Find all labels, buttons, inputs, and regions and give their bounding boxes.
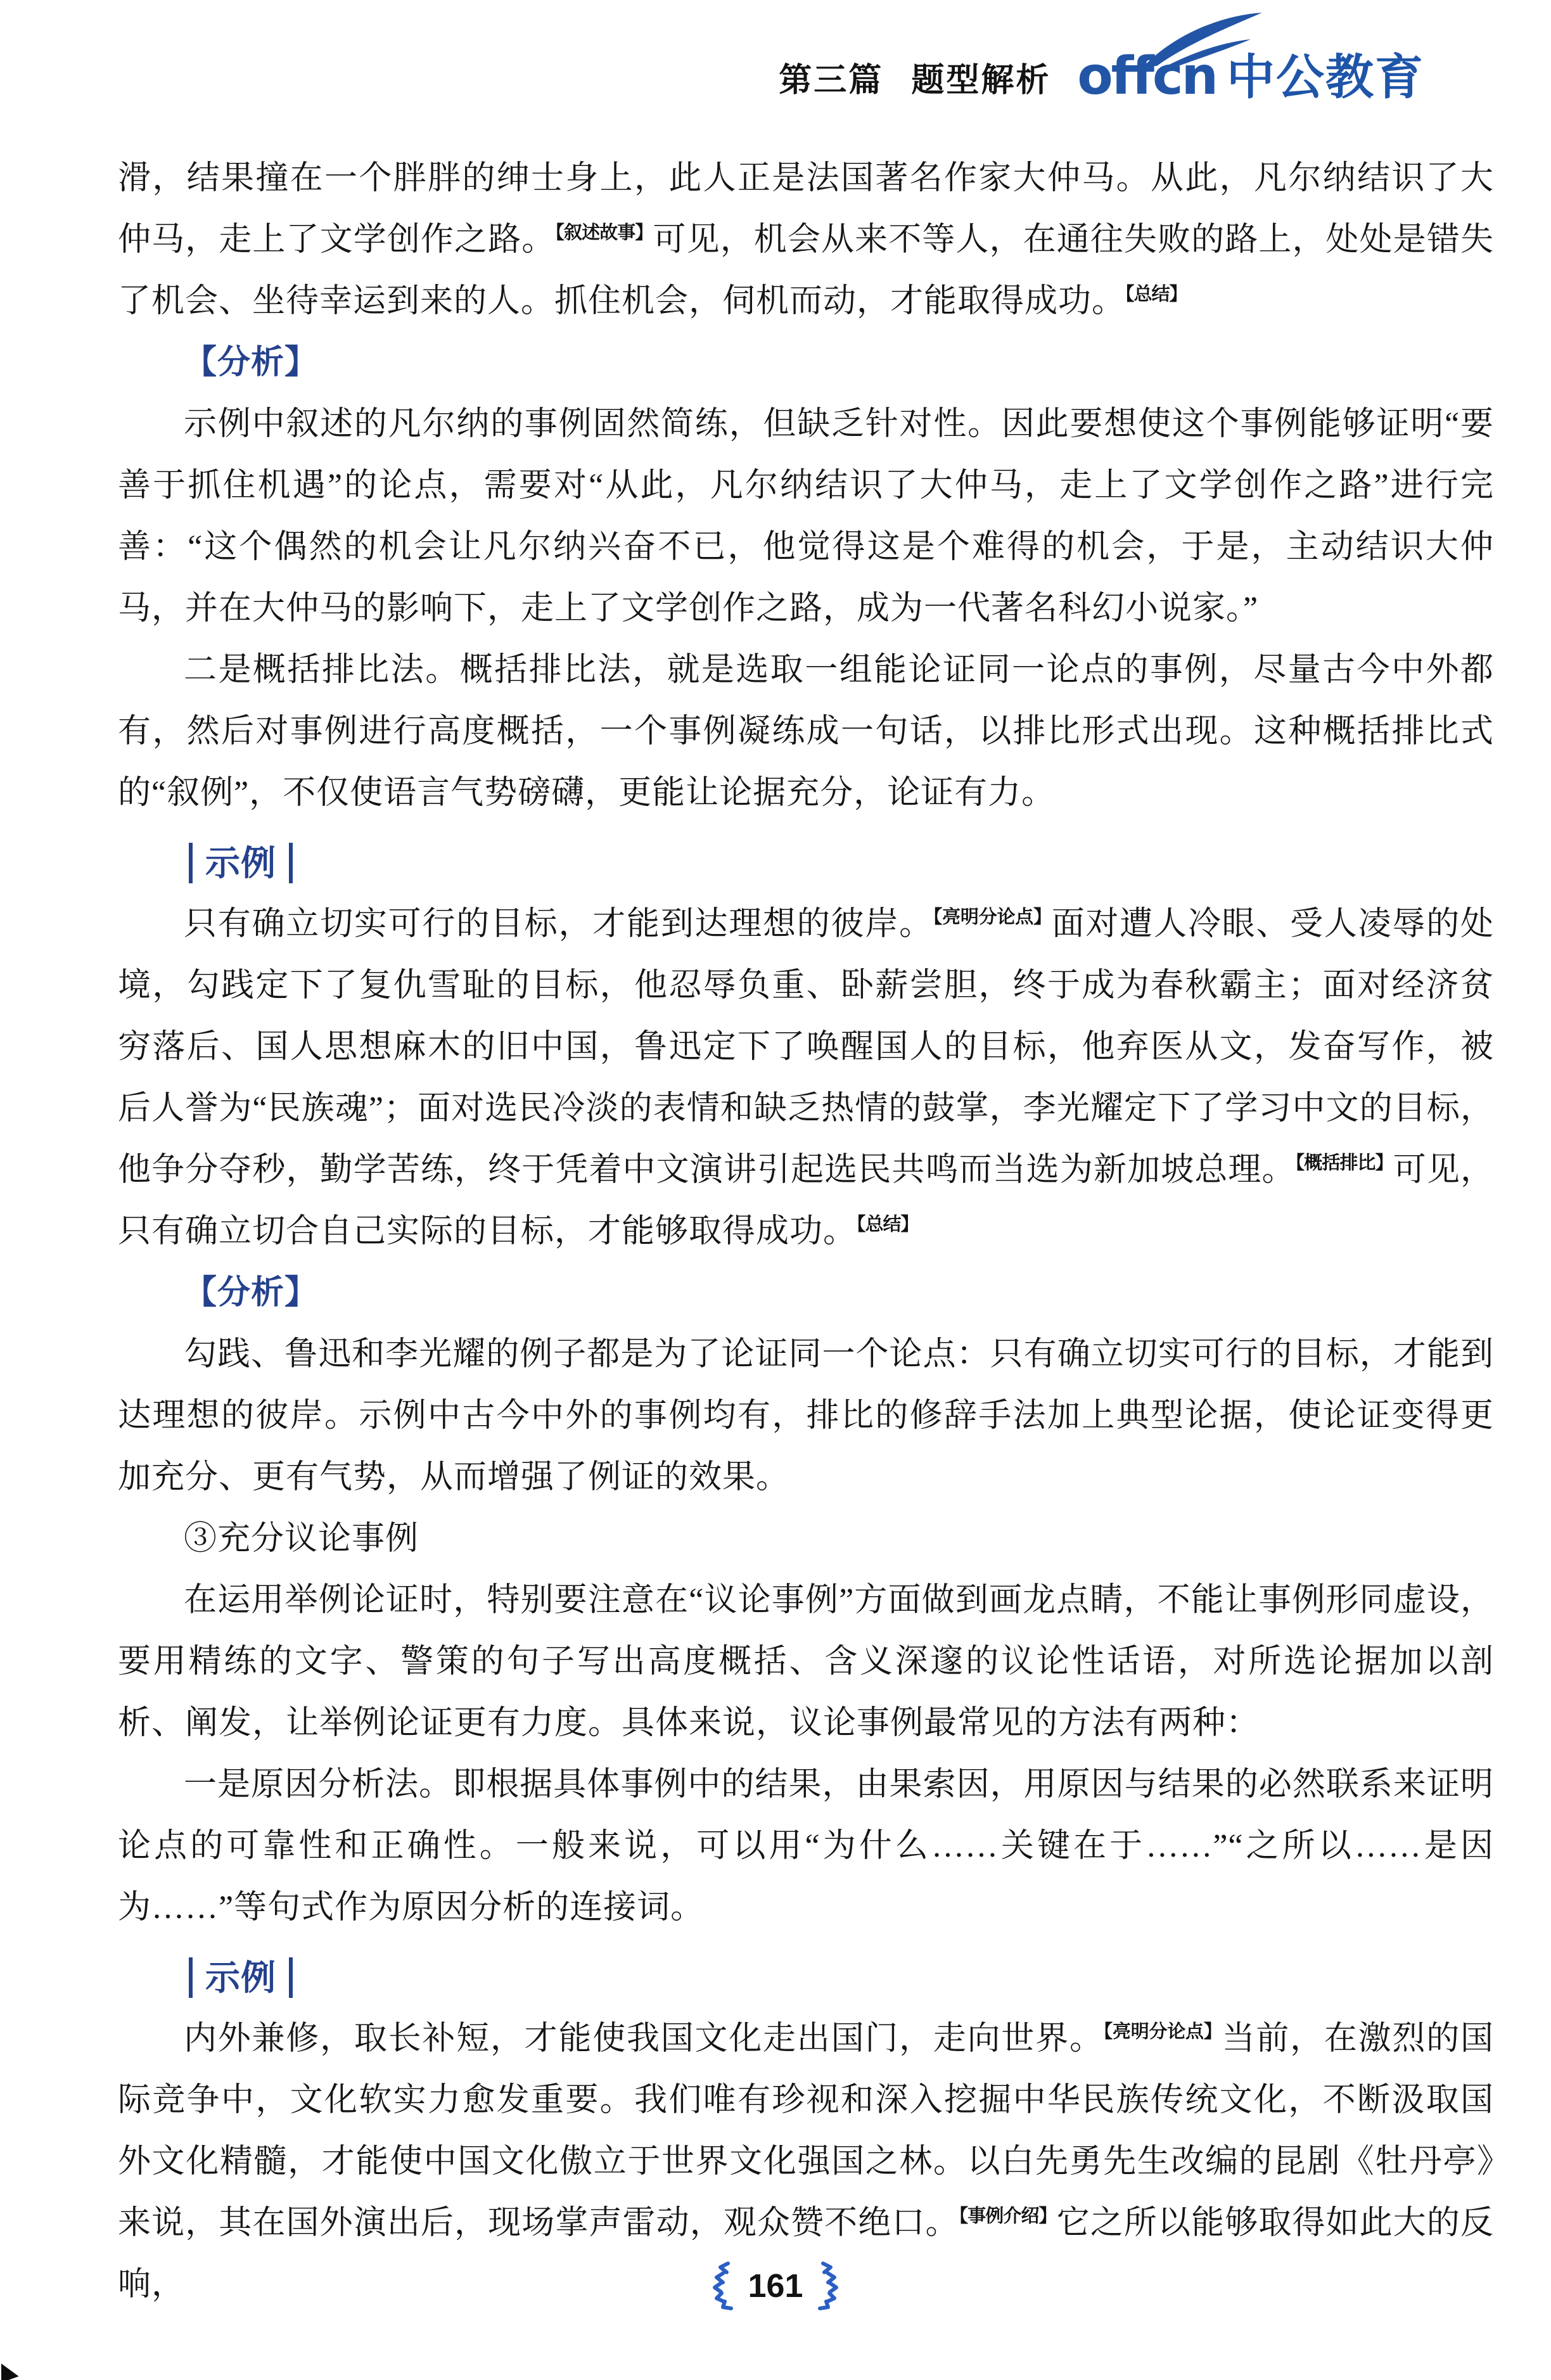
body-paragraph: 示例中叙述的凡尔纳的事例固然简练，但缺乏针对性。因此要想使这个事例能够证明“要善…: [118, 393, 1494, 639]
section-subheading: ③充分议论事例: [118, 1508, 1494, 1570]
page-number: 161: [748, 2260, 803, 2313]
inline-annotation: 【叙述故事】: [555, 223, 653, 243]
example-bar-right: [289, 843, 293, 883]
analysis-heading: 【分析】: [118, 332, 1494, 393]
logo-swoosh-icon: [1138, 11, 1271, 70]
example-bar-right: [289, 1957, 293, 1998]
example-label: 示例: [205, 1956, 276, 1999]
inline-annotation: 【概括排比】: [1296, 1153, 1393, 1174]
analysis-heading: 【分析】: [118, 1262, 1494, 1324]
inline-annotation: 【事例介绍】: [959, 2206, 1057, 2227]
inline-annotation: 【亮明分论点】: [933, 907, 1052, 928]
body-paragraph: 二是概括排比法。概括排比法，就是选取一组能论证同一论点的事例，尽量古今中外都有，…: [118, 639, 1494, 824]
brand-logo: offcn 中公教育: [1077, 51, 1424, 103]
part-number: 第三篇: [779, 53, 883, 101]
content-area: 滑，结果撞在一个胖胖的绅士身上，此人正是法国著名作家大仲马。从此，凡尔纳结识了大…: [118, 148, 1494, 2315]
inline-annotation: 【总结】: [857, 1215, 919, 1235]
inline-annotation: 【总结】: [1125, 285, 1187, 305]
body-paragraph: 勾践、鲁迅和李光耀的例子都是为了论证同一个论点：只有确立切实可行的目标，才能到达…: [118, 1324, 1494, 1508]
corner-artifact-mark: [1, 2364, 20, 2380]
body-paragraph: 滑，结果撞在一个胖胖的绅士身上，此人正是法国著名作家大仲马。从此，凡尔纳结识了大…: [118, 148, 1494, 332]
example-heading: 示例: [189, 1956, 293, 1999]
example-bar-left: [189, 1957, 193, 1998]
example-heading: 示例: [189, 841, 293, 885]
laurel-right-icon: [817, 2260, 846, 2313]
chapter-heading: 第三篇 题型解析: [779, 53, 1050, 101]
part-title: 题型解析: [911, 53, 1050, 101]
example-label: 示例: [205, 841, 276, 885]
laurel-left-icon: [705, 2260, 734, 2313]
inline-annotation: 【亮明分论点】: [1104, 2022, 1222, 2042]
body-paragraph: 在运用举例论证时，特别要注意在“议论事例”方面做到画龙点睛，不能让事例形同虚设，…: [118, 1570, 1494, 1754]
page-footer: 161: [0, 2260, 1551, 2313]
body-paragraph: 只有确立切实可行的目标，才能到达理想的彼岸。【亮明分论点】面对遭人冷眼、受人凌辱…: [118, 893, 1494, 1262]
body-paragraph: 一是原因分析法。即根据具体事例中的结果，由果索因，用原因与结果的必然联系来证明论…: [118, 1754, 1494, 1938]
page-header: 第三篇 题型解析 offcn 中公教育: [0, 51, 1551, 103]
example-bar-left: [189, 843, 193, 883]
